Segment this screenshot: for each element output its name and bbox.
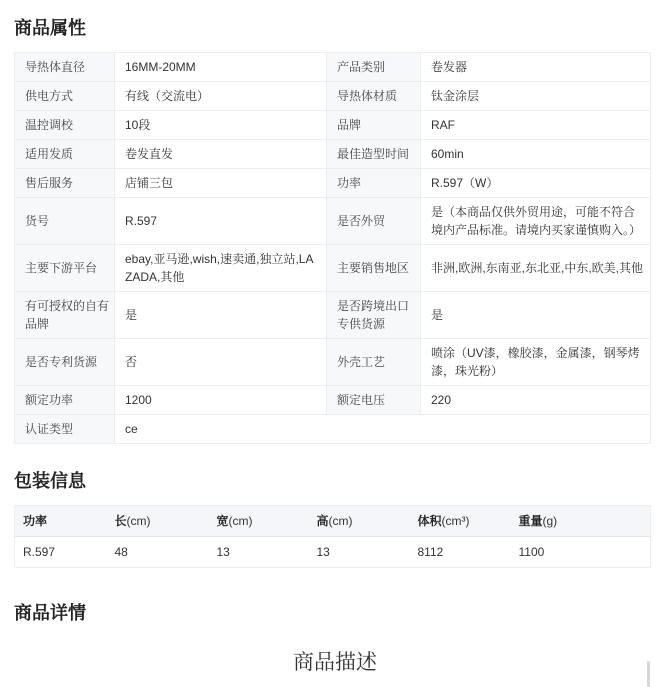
pack-value: 1100	[511, 537, 651, 568]
pack-header: 重量(g)	[511, 506, 651, 537]
packaging-info-table: 功率 长(cm) 宽(cm) 高(cm) 体积(cm³) 重量(g) R.597…	[14, 505, 651, 568]
packaging-section-title: 包装信息	[14, 470, 656, 492]
scrollbar-thumb[interactable]	[647, 661, 650, 687]
attr-value: 是（本商品仅供外贸用途，可能不符合境内产品标准。请境内买家谨慎购入。）	[421, 198, 651, 245]
attr-label: 外壳工艺	[327, 339, 421, 386]
product-detail-page: 商品属性 导热体直径 16MM-20MM 产品类别 卷发器 供电方式 有线（交流…	[0, 0, 670, 687]
attr-label: 导热体材质	[327, 82, 421, 111]
pack-value: 48	[107, 537, 209, 568]
table-row: 主要下游平台 ebay,亚马逊,wish,速卖通,独立站,LAZADA,其他 主…	[15, 245, 651, 292]
table-row: 认证类型 ce	[15, 415, 651, 444]
pack-header-unit: (cm)	[127, 514, 151, 528]
attr-label: 温控调校	[15, 111, 115, 140]
pack-header-name: 宽	[217, 514, 229, 528]
pack-value: R.597	[15, 537, 107, 568]
table-row: 有可授权的自有品牌 是 是否跨境出口专供货源 是	[15, 292, 651, 339]
attr-value: 220	[421, 386, 651, 415]
attr-value: R.597	[115, 198, 327, 245]
pack-value: 8112	[410, 537, 511, 568]
attr-value: 是	[115, 292, 327, 339]
attr-value: 钛金涂层	[421, 82, 651, 111]
attr-label: 主要下游平台	[15, 245, 115, 292]
attr-value: ebay,亚马逊,wish,速卖通,独立站,LAZADA,其他	[115, 245, 327, 292]
pack-header: 功率	[15, 506, 107, 537]
attr-value: 卷发直发	[115, 140, 327, 169]
attr-value: 喷涂（UV漆，橡胶漆，金属漆，钢琴烤漆，珠光粉）	[421, 339, 651, 386]
attr-value: 店铺三包	[115, 169, 327, 198]
attr-value: ce	[115, 415, 651, 444]
pack-value: 13	[309, 537, 410, 568]
attr-label: 产品类别	[327, 53, 421, 82]
table-header-row: 功率 长(cm) 宽(cm) 高(cm) 体积(cm³) 重量(g)	[15, 506, 651, 537]
pack-header-name: 功率	[23, 514, 47, 528]
attr-label: 是否跨境出口专供货源	[327, 292, 421, 339]
attr-label: 是否专利货源	[15, 339, 115, 386]
attr-value: 有线（交流电）	[115, 82, 327, 111]
table-row: R.597 48 13 13 8112 1100	[15, 537, 651, 568]
table-row: 供电方式 有线（交流电） 导热体材质 钛金涂层	[15, 82, 651, 111]
attr-value: 60min	[421, 140, 651, 169]
attr-value: 16MM-20MM	[115, 53, 327, 82]
attr-value: R.597（W）	[421, 169, 651, 198]
attr-label: 额定电压	[327, 386, 421, 415]
table-row: 适用发质 卷发直发 最佳造型时间 60min	[15, 140, 651, 169]
attr-label: 是否外贸	[327, 198, 421, 245]
attr-value: 否	[115, 339, 327, 386]
table-row: 额定功率 1200 额定电压 220	[15, 386, 651, 415]
attr-label: 售后服务	[15, 169, 115, 198]
attr-label: 适用发质	[15, 140, 115, 169]
attr-label: 最佳造型时间	[327, 140, 421, 169]
pack-header: 体积(cm³)	[410, 506, 511, 537]
attr-label: 导热体直径	[15, 53, 115, 82]
attributes-section-title: 商品属性	[14, 17, 656, 39]
attr-value: 卷发器	[421, 53, 651, 82]
attr-value: 10段	[115, 111, 327, 140]
pack-header-name: 重量	[519, 514, 543, 528]
pack-header-unit: (g)	[543, 514, 558, 528]
pack-header-name: 高	[317, 514, 329, 528]
pack-header-unit: (cm)	[229, 514, 253, 528]
pack-header: 高(cm)	[309, 506, 410, 537]
attr-label: 功率	[327, 169, 421, 198]
product-description-heading: 商品描述	[14, 650, 656, 676]
attr-label: 主要销售地区	[327, 245, 421, 292]
pack-header: 长(cm)	[107, 506, 209, 537]
attr-label: 额定功率	[15, 386, 115, 415]
attr-label: 认证类型	[15, 415, 115, 444]
attr-label: 货号	[15, 198, 115, 245]
pack-header-unit: (cm)	[329, 514, 353, 528]
table-row: 导热体直径 16MM-20MM 产品类别 卷发器	[15, 53, 651, 82]
attr-label: 供电方式	[15, 82, 115, 111]
pack-header-unit: (cm³)	[442, 514, 470, 528]
table-row: 是否专利货源 否 外壳工艺 喷涂（UV漆，橡胶漆，金属漆，钢琴烤漆，珠光粉）	[15, 339, 651, 386]
pack-value: 13	[209, 537, 309, 568]
attr-value: 是	[421, 292, 651, 339]
pack-header-name: 体积	[418, 514, 442, 528]
product-attributes-table: 导热体直径 16MM-20MM 产品类别 卷发器 供电方式 有线（交流电） 导热…	[14, 52, 651, 444]
pack-header-name: 长	[115, 514, 127, 528]
attr-value: RAF	[421, 111, 651, 140]
table-row: 温控调校 10段 品牌 RAF	[15, 111, 651, 140]
attr-label: 品牌	[327, 111, 421, 140]
details-section-title: 商品详情	[14, 602, 656, 624]
table-row: 售后服务 店铺三包 功率 R.597（W）	[15, 169, 651, 198]
pack-header: 宽(cm)	[209, 506, 309, 537]
attr-value: 非洲,欧洲,东南亚,东北亚,中东,欧美,其他	[421, 245, 651, 292]
table-row: 货号 R.597 是否外贸 是（本商品仅供外贸用途，可能不符合境内产品标准。请境…	[15, 198, 651, 245]
attr-value: 1200	[115, 386, 327, 415]
attr-label: 有可授权的自有品牌	[15, 292, 115, 339]
